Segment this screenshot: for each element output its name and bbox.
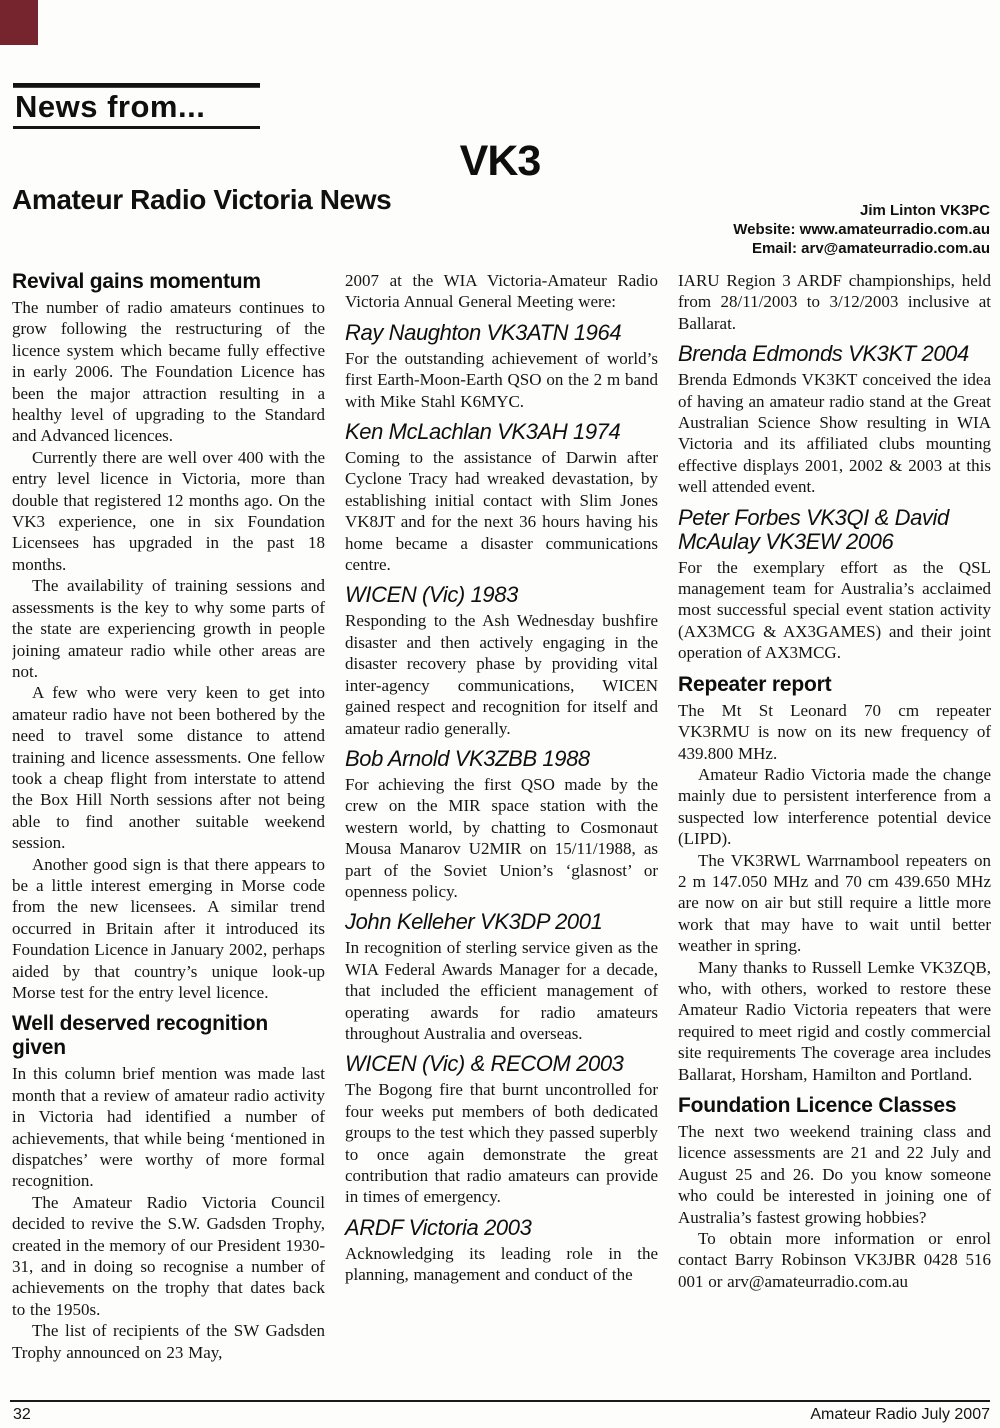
paragraph: In recognition of sterling service given… bbox=[345, 937, 658, 1044]
column-3: IARU Region 3 ARDF championships, held f… bbox=[678, 270, 991, 1396]
award-heading: Brenda Edmonds VK3KT 2004 bbox=[678, 342, 991, 366]
website-line: Website: www.amateurradio.com.au bbox=[733, 220, 990, 239]
section-heading: Repeater report bbox=[678, 673, 991, 697]
article-columns: Revival gains momentumThe number of radi… bbox=[12, 270, 992, 1396]
byline: Jim Linton VK3PC bbox=[733, 201, 990, 220]
paragraph: For the exemplary effort as the QSL mana… bbox=[678, 557, 991, 664]
email-line: Email: arv@amateurradio.com.au bbox=[733, 239, 990, 258]
award-heading: ARDF Victoria 2003 bbox=[345, 1216, 658, 1240]
paragraph: The availability of training sessions an… bbox=[12, 575, 325, 682]
paragraph: The Amateur Radio Victoria Council decid… bbox=[12, 1192, 325, 1320]
column-2: 2007 at the WIA Victoria-Amateur Radio V… bbox=[345, 270, 658, 1396]
paragraph: The list of recipients of the SW Gadsden… bbox=[12, 1320, 325, 1363]
masthead-rule-bottom bbox=[13, 126, 260, 129]
paragraph: Brenda Edmonds VK3KT conceived the idea … bbox=[678, 369, 991, 497]
footer-rule bbox=[10, 1400, 990, 1402]
paragraph: IARU Region 3 ARDF championships, held f… bbox=[678, 270, 991, 334]
award-heading: Ken McLachlan VK3AH 1974 bbox=[345, 420, 658, 444]
award-heading: WICEN (Vic) 1983 bbox=[345, 583, 658, 607]
region-title: VK3 bbox=[0, 138, 1000, 184]
section-heading: Foundation Licence Classes bbox=[678, 1094, 991, 1118]
paragraph: For the outstanding achievement of world… bbox=[345, 348, 658, 412]
paragraph: The Mt St Leonard 70 cm repeater VK3RMU … bbox=[678, 700, 991, 764]
masthead: News from... bbox=[13, 83, 260, 129]
award-heading: Peter Forbes VK3QI & David McAulay VK3EW… bbox=[678, 506, 991, 554]
paragraph: Acknowledging its leading role in the pl… bbox=[345, 1243, 658, 1286]
paragraph: Responding to the Ash Wednesday bushfire… bbox=[345, 610, 658, 738]
paragraph: To obtain more information or enrol cont… bbox=[678, 1228, 991, 1292]
paragraph: The VK3RWL Warrnambool repeaters on 2 m … bbox=[678, 850, 991, 957]
award-heading: WICEN (Vic) & RECOM 2003 bbox=[345, 1052, 658, 1076]
page-number: 32 bbox=[13, 1406, 31, 1424]
journal-title: Amateur Radio July 2007 bbox=[810, 1406, 990, 1424]
paragraph: Many thanks to Russell Lemke VK3ZQB, who… bbox=[678, 957, 991, 1085]
paragraph: The next two weekend training class and … bbox=[678, 1121, 991, 1228]
section-heading: Well deserved recognition given bbox=[12, 1012, 325, 1060]
paragraph: A few who were very keen to get into ama… bbox=[12, 682, 325, 853]
page-corner-mark bbox=[0, 0, 38, 45]
paragraph: For achieving the first QSO made by the … bbox=[345, 774, 658, 902]
magazine-page: News from... VK3 Amateur Radio Victoria … bbox=[0, 0, 1000, 1428]
paragraph: In this column brief mention was made la… bbox=[12, 1063, 325, 1191]
paragraph: The number of radio amateurs continues t… bbox=[12, 297, 325, 447]
award-heading: Ray Naughton VK3ATN 1964 bbox=[345, 321, 658, 345]
paragraph: Another good sign is that there appears … bbox=[12, 854, 325, 1004]
masthead-title: News from... bbox=[13, 88, 260, 126]
column-1: Revival gains momentumThe number of radi… bbox=[12, 270, 325, 1396]
award-heading: John Kelleher VK3DP 2001 bbox=[345, 910, 658, 934]
paragraph: Coming to the assistance of Darwin after… bbox=[345, 447, 658, 575]
paragraph: Currently there are well over 400 with t… bbox=[12, 447, 325, 575]
paragraph: The Bogong fire that burnt uncontrolled … bbox=[345, 1079, 658, 1207]
section-heading: Revival gains momentum bbox=[12, 270, 325, 294]
award-heading: Bob Arnold VK3ZBB 1988 bbox=[345, 747, 658, 771]
paragraph: 2007 at the WIA Victoria-Amateur Radio V… bbox=[345, 270, 658, 313]
paragraph: Amateur Radio Victoria made the change m… bbox=[678, 764, 991, 850]
contact-block: Jim Linton VK3PC Website: www.amateurrad… bbox=[733, 201, 990, 258]
page-title: Amateur Radio Victoria News bbox=[12, 184, 391, 216]
